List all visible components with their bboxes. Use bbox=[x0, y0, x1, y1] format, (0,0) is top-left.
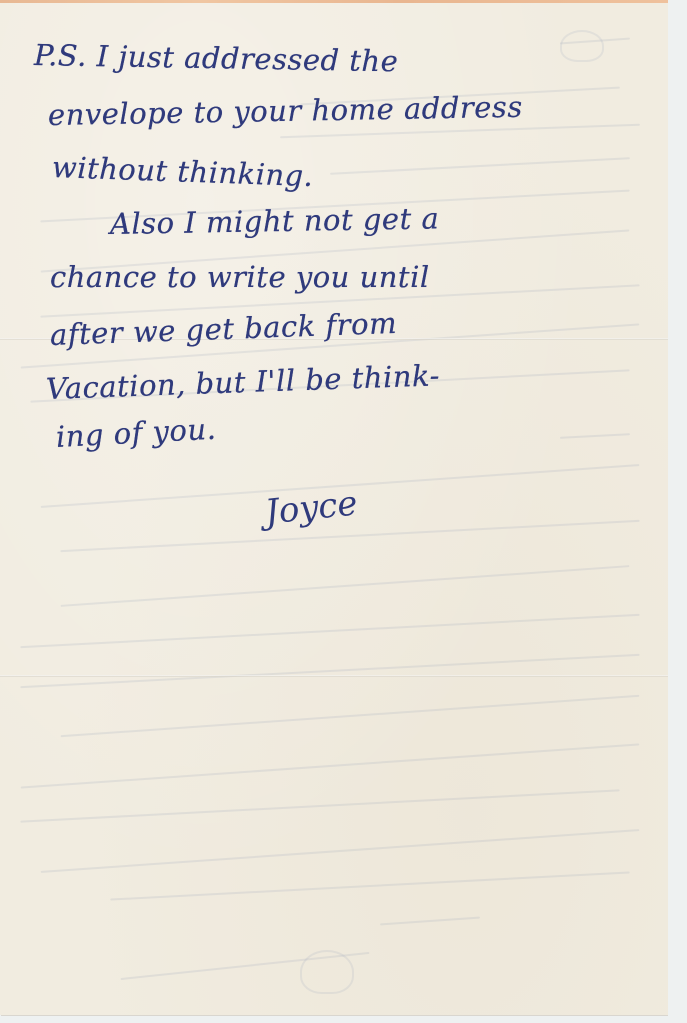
scan-background bbox=[668, 0, 687, 1023]
paragraph-line-1: Also I might not get a bbox=[110, 201, 440, 241]
paragraph-line-5: ing of you. bbox=[55, 412, 217, 454]
paragraph-line-3: after we get back from bbox=[49, 306, 397, 352]
paragraph-line-4: Vacation, but I'll be think- bbox=[45, 358, 440, 406]
paragraph-line-2: chance to write you until bbox=[50, 260, 430, 294]
postscript-line-3: without thinking. bbox=[51, 150, 314, 193]
letter-paper: P.S. I just addressed the envelope to yo… bbox=[0, 0, 668, 1015]
postscript-line-1: P.S. I just addressed the bbox=[34, 38, 399, 78]
signature: Joyce bbox=[263, 483, 359, 532]
postscript-line-2: envelope to your home address bbox=[48, 90, 523, 132]
letter-content: P.S. I just addressed the envelope to yo… bbox=[0, 0, 668, 1015]
